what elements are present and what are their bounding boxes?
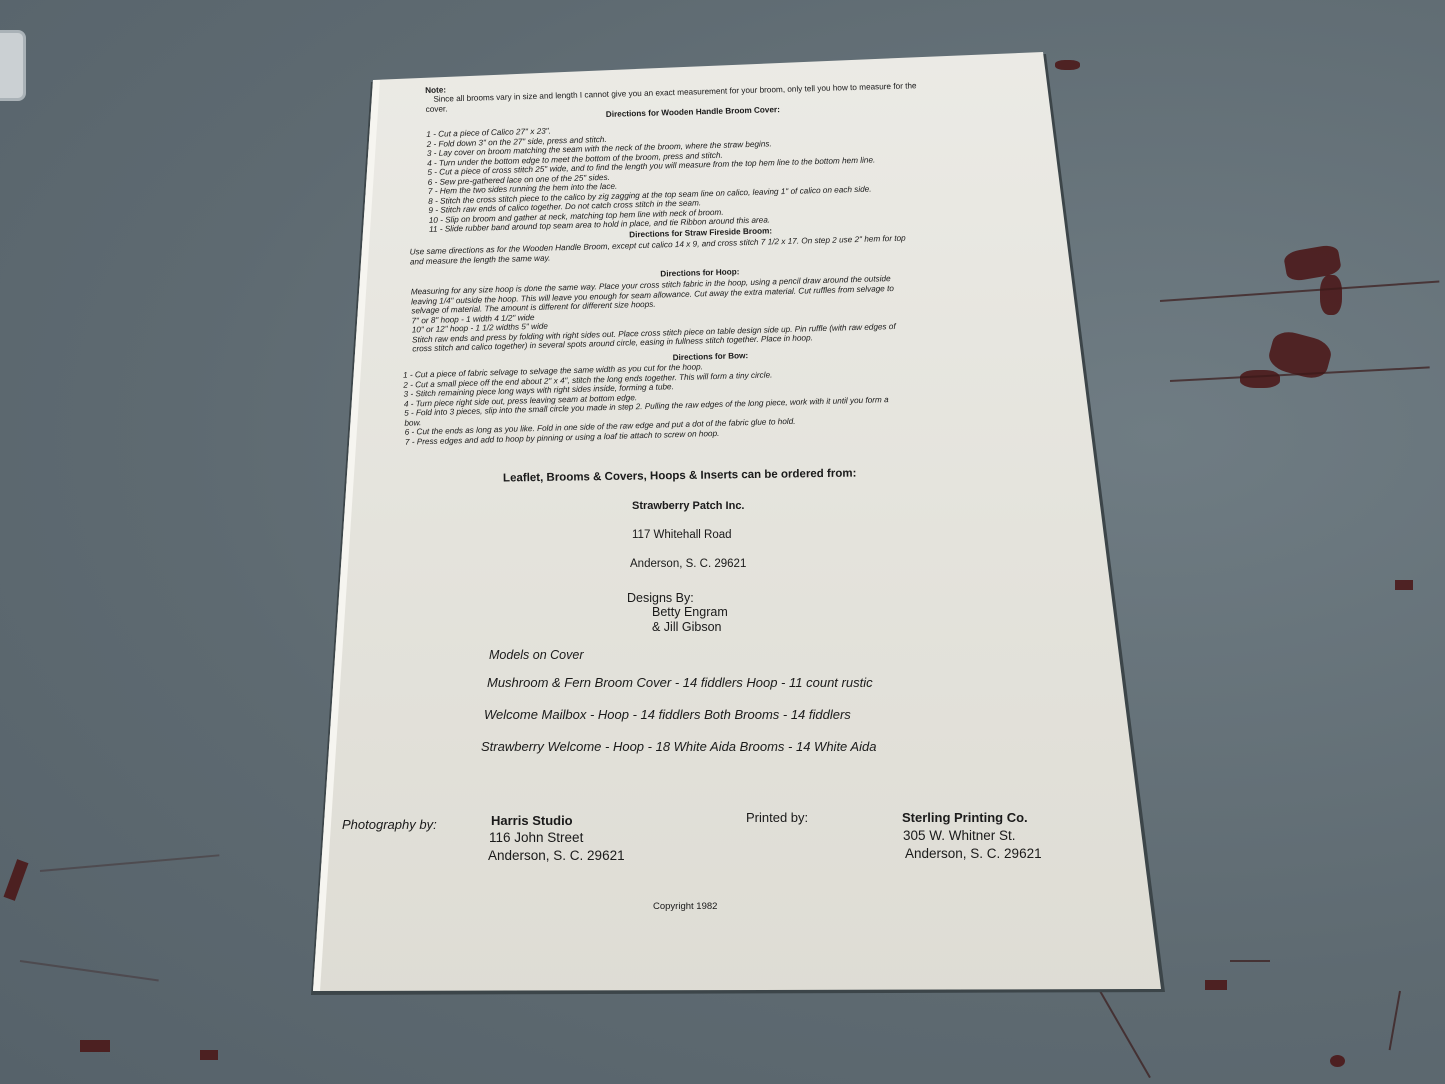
printer-street: 305 W. Whitner St. (903, 828, 1016, 843)
printer-city: Anderson, S. C. 29621 (905, 846, 1042, 861)
plastic-tray-edge (0, 30, 26, 101)
models-label: Models on Cover (489, 648, 584, 662)
copyright: Copyright 1982 (653, 901, 717, 912)
printer-name: Sterling Printing Co. (902, 810, 1028, 825)
photography-name: Harris Studio (491, 813, 573, 828)
designer-2: & Jill Gibson (652, 620, 721, 634)
note-line-2: cover. (426, 104, 448, 115)
photography-street: 116 John Street (489, 830, 583, 845)
order-street: 117 Whitehall Road (632, 529, 732, 541)
model-item: Welcome Mailbox - Hoop - 14 fiddlers Bot… (484, 707, 851, 722)
designer-1: Betty Engram (652, 605, 728, 619)
printed-label: Printed by: (746, 810, 808, 825)
order-city: Anderson, S. C. 29621 (630, 558, 746, 570)
model-item: Strawberry Welcome - Hoop - 18 White Aid… (481, 739, 876, 754)
photography-city: Anderson, S. C. 29621 (488, 848, 625, 863)
designs-label: Designs By: (627, 591, 694, 605)
photography-label: Photography by: (342, 817, 437, 832)
order-company: Strawberry Patch Inc. (632, 500, 745, 512)
model-item: Mushroom & Fern Broom Cover - 14 fiddler… (487, 675, 873, 690)
